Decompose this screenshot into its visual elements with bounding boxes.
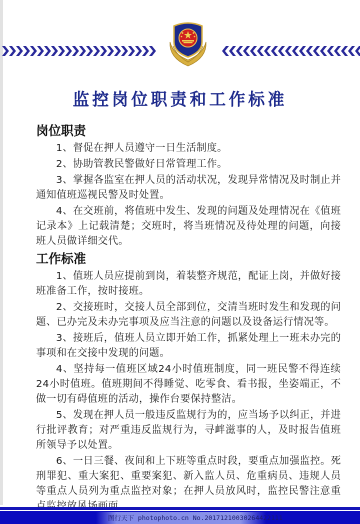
chevron-left-icon (313, 44, 320, 58)
chevron-left-icon (320, 44, 327, 58)
chevron-left-icon (292, 44, 299, 58)
list-item: 3、接班后，值班人员立即开始工作，抓紧处理上一班未办完的事项和在交接中发现的问题… (36, 331, 341, 361)
list-item: 5、发现在押人员一般违反监规行为的，应当场予以纠正，并进行批评教育；对严重违反监… (36, 408, 341, 453)
chevron-left-icon (306, 44, 313, 58)
chevron-left-icon (327, 44, 334, 58)
list-item: 1、值班人员应提前到岗，着装整齐规范，配证上岗，并做好接班准备工作，按时接班。 (36, 269, 341, 299)
list-item: 4、坚持每一值班区域24小时值班制度，同一班民警不得连续24小时值班。值班期间不… (36, 362, 341, 407)
chevron-left-icon (285, 44, 292, 58)
list-item: 6、一日三餐、夜间和上下班等重点时段，要重点加强监控。死刑罪犯、重大案犯、重要案… (36, 454, 341, 514)
chevron-right-icon (65, 44, 72, 58)
section-standards: 工作标准 1、值班人员应提前到岗，着装整齐规范，配证上岗，并做好接班准备工作，按… (36, 250, 341, 514)
list-item: 4、在交班前，将值班中发生、发现的问题及处理情况在《值班记录本》上记载清楚；交班… (36, 204, 341, 249)
chevron-right-icon (93, 44, 100, 58)
watermark-text: 图行天下 photophoto.cn No.201712100302644221… (96, 512, 266, 524)
chevron-right-icon (121, 44, 128, 58)
chevron-left-icon (264, 44, 271, 58)
chevron-left-icon (236, 44, 243, 58)
chevron-right-icon (58, 44, 65, 58)
police-emblem-icon (165, 20, 211, 68)
list-item: 3、掌握各监室在押人员的活动状况，发现异常情况及时制止并通知值班巡视民警及时处置… (36, 173, 341, 203)
chevron-left-icon (229, 44, 236, 58)
footer-band: 图行天下 photophoto.cn No.201712100302644221… (0, 507, 360, 524)
chevron-right-icon (79, 44, 86, 58)
chevron-left-row-icon (222, 44, 360, 58)
page-left-border (0, 0, 3, 505)
document-page: 监控岗位职责和工作标准 岗位职责 1、督促在押人员遵守一日生活制度。 2、协助管… (0, 0, 360, 524)
chevron-left-icon (243, 44, 250, 58)
chevron-right-icon (128, 44, 135, 58)
chevron-left-icon (341, 44, 348, 58)
chevron-right-icon (142, 44, 149, 58)
section-heading: 岗位职责 (36, 122, 341, 139)
section-duties: 岗位职责 1、督促在押人员遵守一日生活制度。 2、协助管教民警做好日常管理工作。… (36, 122, 341, 249)
list-item: 2、交接班时，交接人员全部到位，交清当班时发生和发现的问题、已办完及未办完事项及… (36, 300, 341, 330)
document-title: 监控岗位职责和工作标准 (0, 86, 360, 110)
chevron-right-icon (16, 44, 23, 58)
chevron-right-icon (51, 44, 58, 58)
chevron-left-icon (299, 44, 306, 58)
list-item: 2、协助管教民警做好日常管理工作。 (36, 157, 341, 172)
chevron-left-icon (257, 44, 264, 58)
chevron-left-icon (334, 44, 341, 58)
chevron-right-row-icon (2, 44, 156, 58)
chevron-right-icon (100, 44, 107, 58)
chevron-right-icon (72, 44, 79, 58)
chevron-left-icon (222, 44, 229, 58)
chevron-right-icon (86, 44, 93, 58)
chevron-right-icon (37, 44, 44, 58)
chevron-right-icon (107, 44, 114, 58)
chevron-right-icon (114, 44, 121, 58)
chevron-right-icon (9, 44, 16, 58)
list-item: 1、督促在押人员遵守一日生活制度。 (36, 141, 341, 156)
document-body: 岗位职责 1、督促在押人员遵守一日生活制度。 2、协助管教民警做好日常管理工作。… (36, 122, 341, 515)
chevron-left-icon (278, 44, 285, 58)
chevron-left-icon (355, 44, 360, 58)
chevron-left-icon (348, 44, 355, 58)
chevron-left-icon (250, 44, 257, 58)
chevron-right-icon (44, 44, 51, 58)
chevron-right-icon (30, 44, 37, 58)
chevron-left-icon (271, 44, 278, 58)
chevron-right-icon (149, 44, 156, 58)
chevron-right-icon (2, 44, 9, 58)
chevron-right-icon (23, 44, 30, 58)
chevron-right-icon (135, 44, 142, 58)
section-heading: 工作标准 (36, 250, 341, 267)
